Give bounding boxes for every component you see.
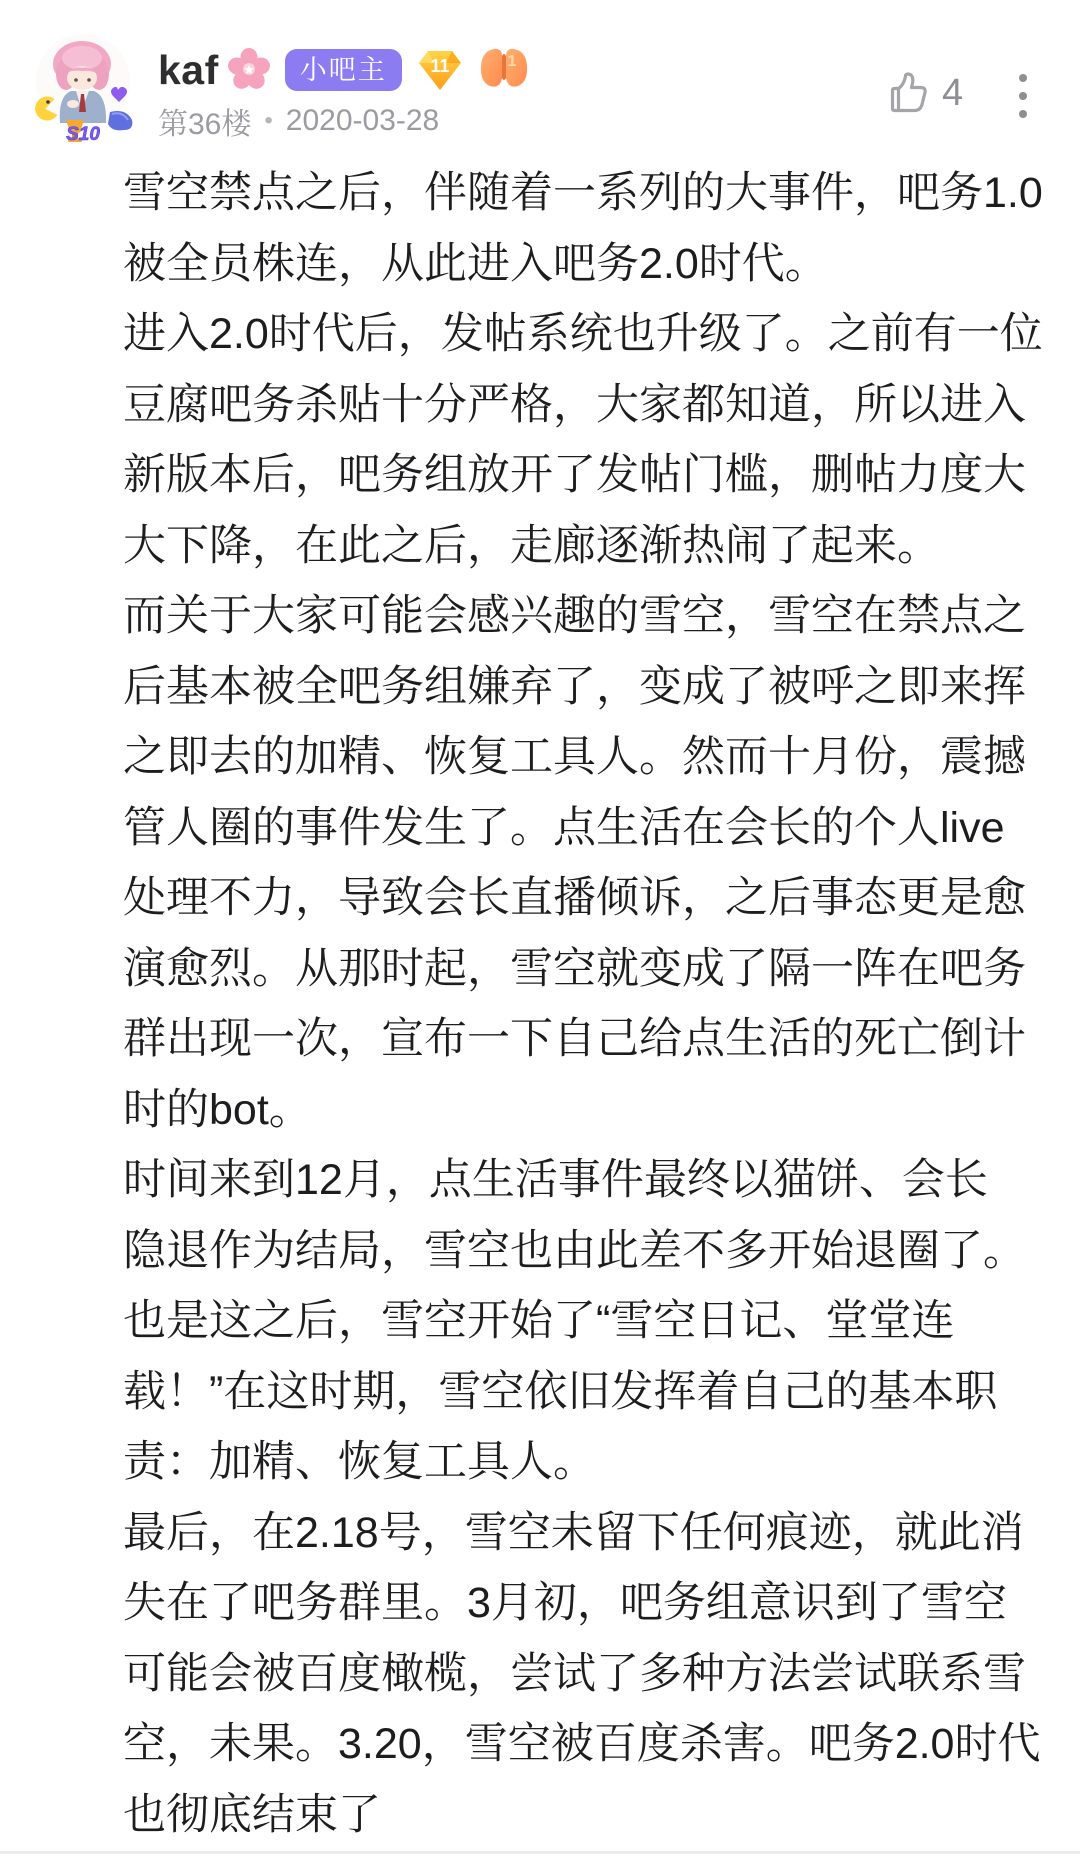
kebab-dot [1019, 92, 1027, 100]
thumbs-up-icon [888, 70, 932, 116]
post-content: 雪空禁点之后，伴随着一系列的大事件，吧务1.0被全员株连，从此进入吧务2.0时代… [123, 158, 1053, 1850]
content-line: 大下降，在此之后，走廊逐渐热闹了起来。 [123, 511, 1053, 582]
avatar-s10-text: S10 [66, 124, 100, 142]
content-line: 载！”在这时期，雪空依旧发挥着自己的基本职 [123, 1357, 1053, 1428]
like-button[interactable]: 4 [888, 70, 963, 116]
moderator-badge[interactable]: 小吧主 [285, 49, 402, 91]
content-line: 隐退作为结局，雪空也由此差不多开始退圈了。 [123, 1216, 1053, 1287]
content-line: 雪空禁点之后，伴随着一系列的大事件，吧务1.0 [123, 158, 1053, 229]
svg-text:1: 1 [507, 53, 516, 70]
avatar-image: S10 [26, 28, 140, 142]
content-line: 新版本后，吧务组放开了发帖门槛，删帖力度大 [123, 440, 1053, 511]
post-date: 2020-03-28 [286, 104, 439, 138]
avatar[interactable]: S10 [26, 28, 140, 142]
content-line: 之即去的加精、恢复工具人。然而十月份，震撼 [123, 722, 1053, 793]
content-line: 后基本被全吧务组嫌弃了，变成了被呼之即来挥 [123, 652, 1053, 723]
content-line: 失在了吧务群里。3月初，吧务组意识到了雪空 [123, 1568, 1053, 1639]
username[interactable]: kaf [158, 47, 219, 94]
content-line: 也是这之后，雪空开始了“雪空日记、堂堂连 [123, 1286, 1053, 1357]
tieba-post-card: S10 kaf 小吧主 11 [0, 0, 1080, 1858]
meta-separator-dot: • [264, 107, 272, 135]
content-line: 演愈烈。从那时起，雪空就变成了隔一阵在吧务 [123, 934, 1053, 1005]
bottom-divider [0, 1851, 1080, 1854]
more-options-button[interactable] [1008, 68, 1038, 124]
content-line: 而关于大家可能会感兴趣的雪空，雪空在禁点之 [123, 581, 1053, 652]
kebab-dot [1019, 74, 1027, 82]
content-line: 责：加精、恢复工具人。 [123, 1427, 1053, 1498]
content-line: 空，未果。3.20，雪空被百度杀害。吧务2.0时代 [123, 1709, 1053, 1780]
like-count: 4 [942, 72, 963, 115]
content-line: 可能会被百度橄榄，尝试了多种方法尝试联系雪 [123, 1639, 1053, 1710]
content-line: 进入2.0时代后，发帖系统也升级了。之前有一位 [123, 299, 1053, 370]
author-row: kaf 小吧主 11 [158, 44, 530, 96]
level-badge-icon: 11 [416, 47, 464, 93]
content-line: 时间来到12月，点生活事件最终以猫饼、会长 [123, 1145, 1053, 1216]
activity-medal-icon: 1 [478, 46, 530, 94]
content-line: 群出现一次，宣布一下自己给点生活的死亡倒计 [123, 1004, 1053, 1075]
content-line: 时的bot。 [123, 1075, 1053, 1146]
level-number: 11 [430, 56, 449, 76]
content-line: 被全员株连，从此进入吧务2.0时代。 [123, 229, 1053, 300]
content-line: 最后，在2.18号，雪空未留下任何痕迹，就此消 [123, 1498, 1053, 1569]
content-line: 豆腐吧务杀贴十分严格，大家都知道，所以进入 [123, 370, 1053, 441]
content-line: 也彻底结束了 [123, 1780, 1053, 1851]
content-line: 处理不力，导致会长直播倾诉，之后事态更是愈 [123, 863, 1053, 934]
cherry-blossom-icon [227, 48, 271, 92]
kebab-dot [1019, 110, 1027, 118]
post-meta: 第36楼 • 2020-03-28 [158, 99, 439, 143]
content-line: 管人圈的事件发生了。点生活在会长的个人live [123, 793, 1053, 864]
floor-label: 第36楼 [158, 99, 251, 143]
